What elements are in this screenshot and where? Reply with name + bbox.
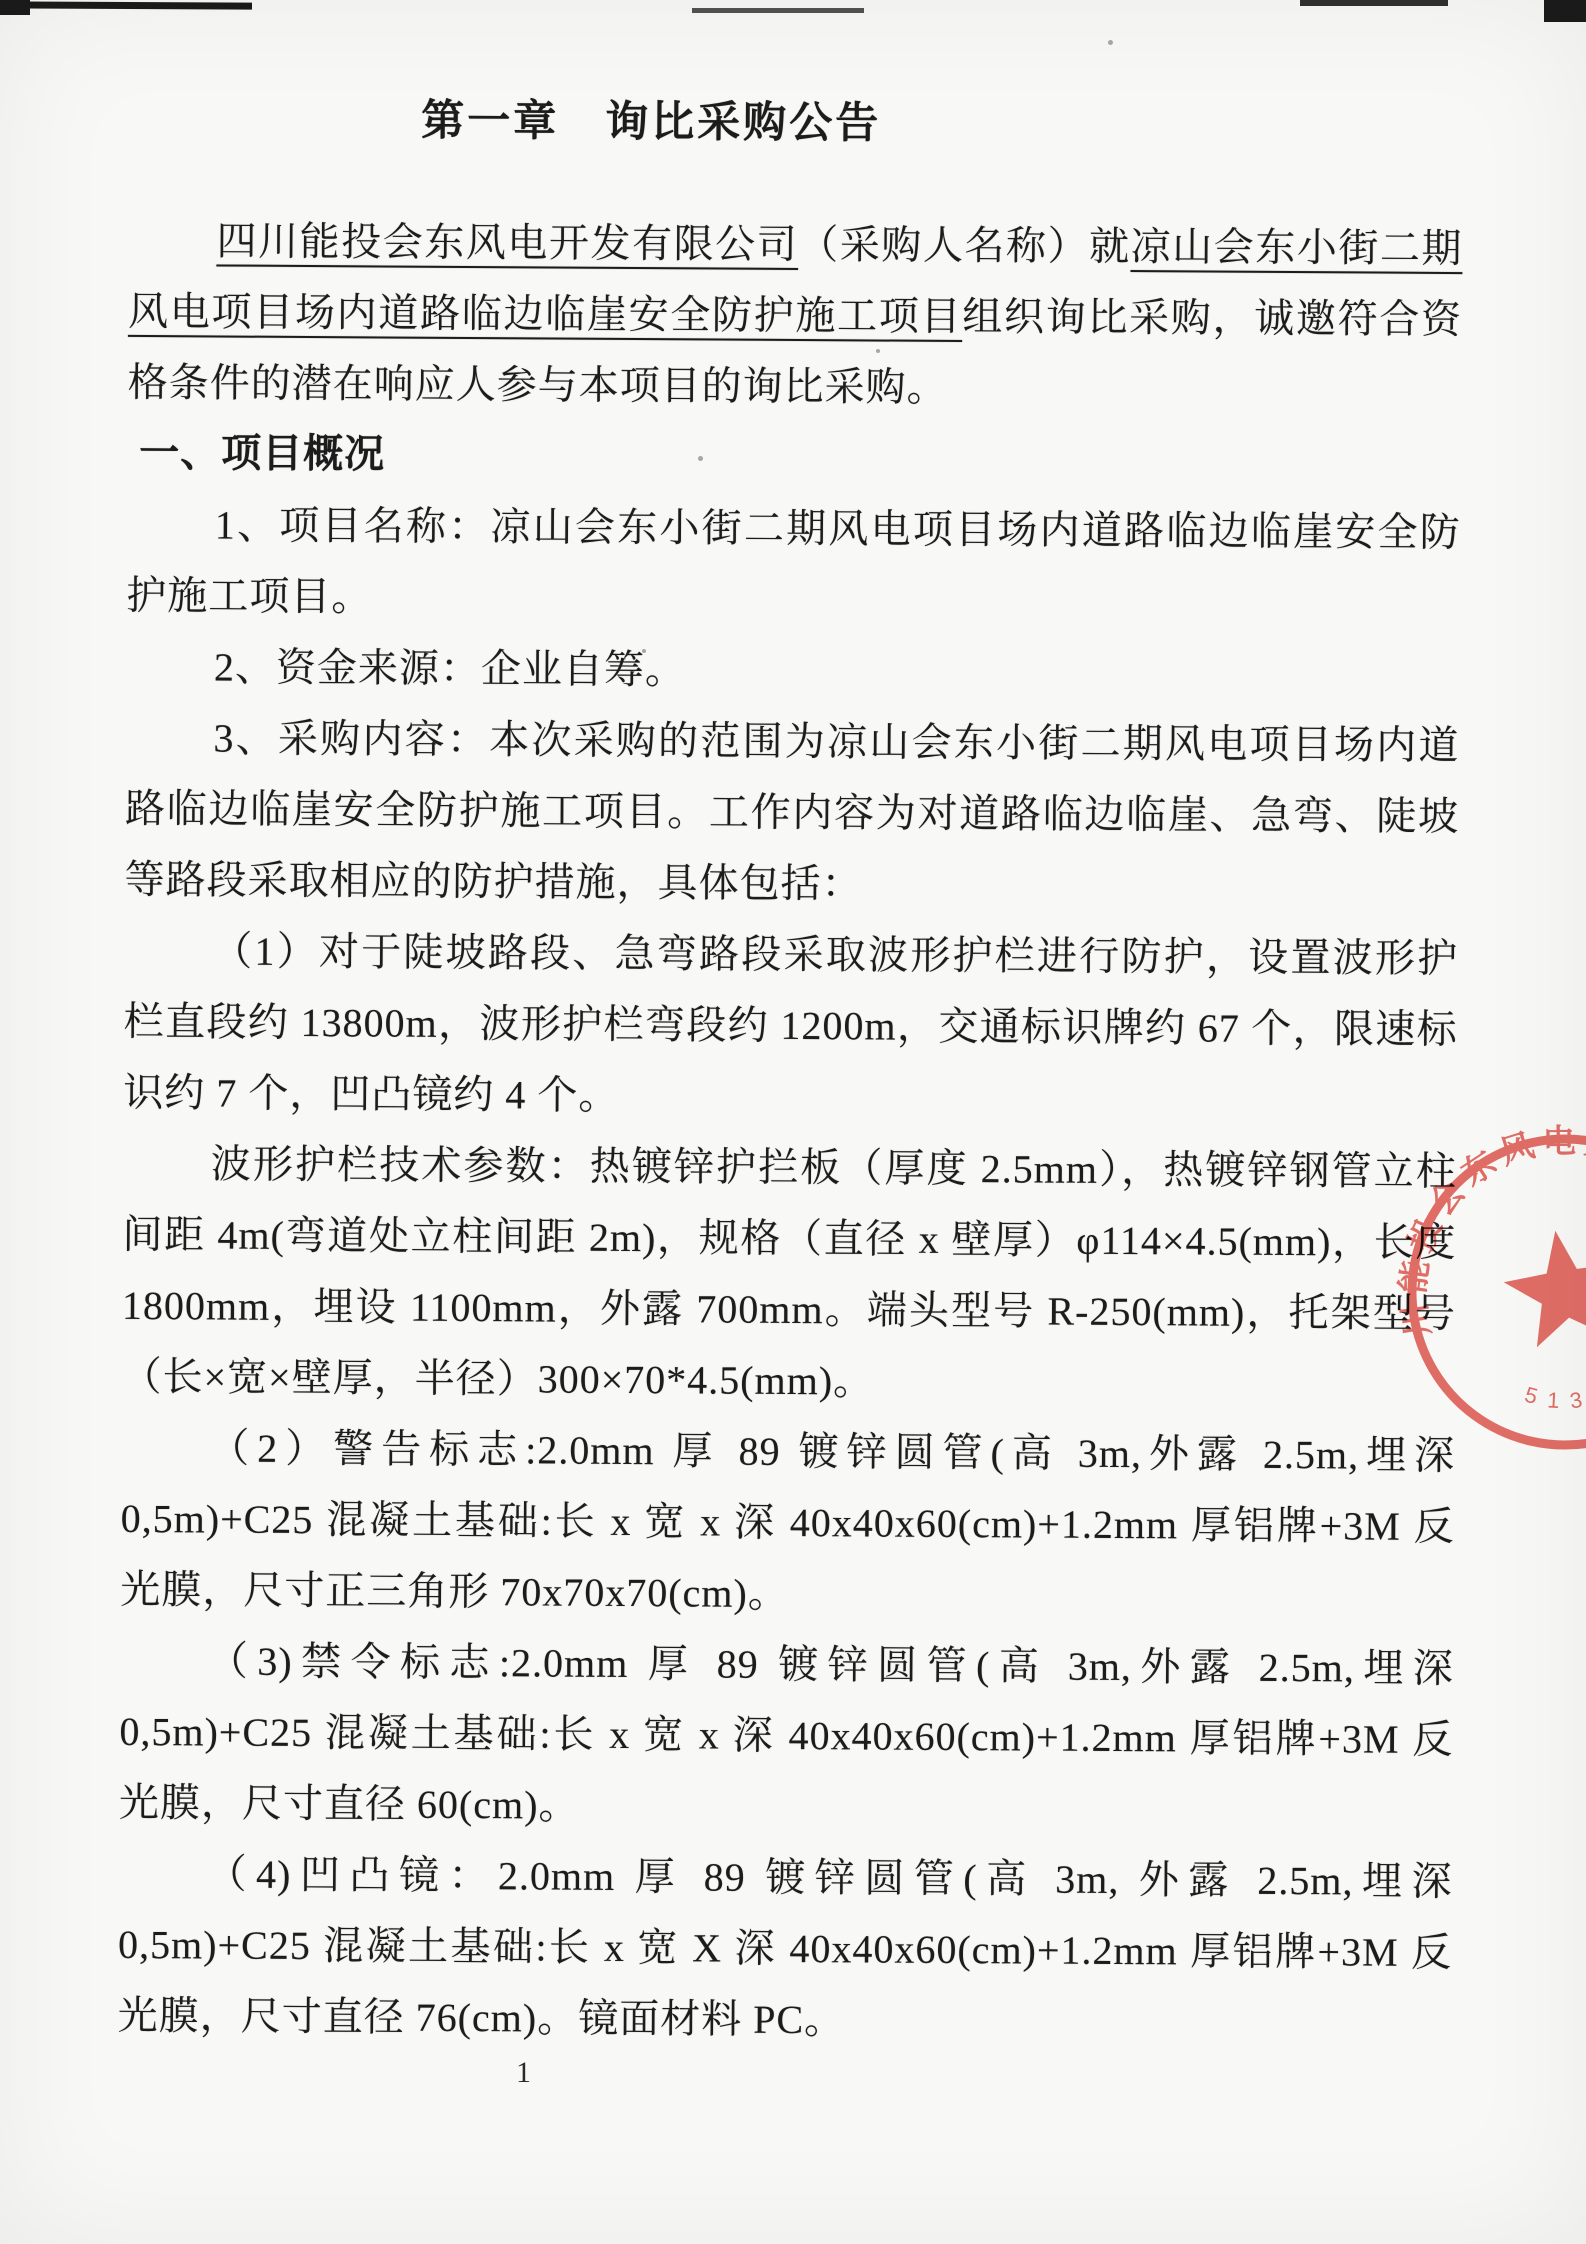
document-content: 第一章 询比采购公告 四川能投会东风电开发有限公司（采购人名称）就凉山会东小街二… [0, 0, 1586, 2060]
subitem-convex-mirror: （4)凹凸镜：2.0mm 厚 89 镀锌圆管(高 3m, 外露 2.5m,埋深 … [117, 1838, 1452, 2059]
page-number: 1 [516, 2056, 531, 2090]
purchaser-name: 四川能投会东风电开发有限公司 [216, 218, 798, 267]
item-funding-source: 2、资金来源：企业自筹。 [126, 631, 1460, 710]
subitem-warning-sign: （2）警告标志:2.0mm 厚 89 镀锌圆管(高 3m,外露 2.5m,埋深 … [120, 1412, 1455, 1633]
item-procurement-content: 3、采购内容：本次采购的范围为凉山会东小街二期风电项目场内道路临边临崖安全防护施… [124, 702, 1459, 923]
item-project-name: 1、项目名称：凉山会东小街二期风电项目场内道路临边临崖安全防护施工项目。 [126, 489, 1461, 639]
subitem-prohibition-sign: （3)禁令标志:2.0mm 厚 89 镀锌圆管(高 3m,外露 2.5m,埋深 … [119, 1625, 1454, 1846]
subitem-guardrail: （1）对于陡坡路段、急弯路段采取波形护栏进行防护，设置波形护栏直段约 13800… [123, 915, 1458, 1136]
intro-paragraph: 四川能投会东风电开发有限公司（采购人名称）就凉山会东小街二期风电项目场内道路临边… [127, 205, 1462, 426]
section-heading-project-overview: 一、项目概况 [127, 418, 1461, 497]
intro-text: （采购人名称）就 [798, 222, 1131, 269]
page-title: 第一章 询比采购公告 [421, 91, 1463, 159]
star-icon [1497, 1222, 1586, 1351]
scanned-document-page: 第一章 询比采购公告 四川能投会东风电开发有限公司（采购人名称）就凉山会东小街二… [0, 0, 1586, 2244]
seal-code-text: 51343 [1519, 1364, 1586, 1421]
paragraph-guardrail-specs: 波形护栏技术参数：热镀锌护拦板（厚度 2.5mm），热镀锌钢管立柱间距 4m(弯… [121, 1128, 1457, 1420]
